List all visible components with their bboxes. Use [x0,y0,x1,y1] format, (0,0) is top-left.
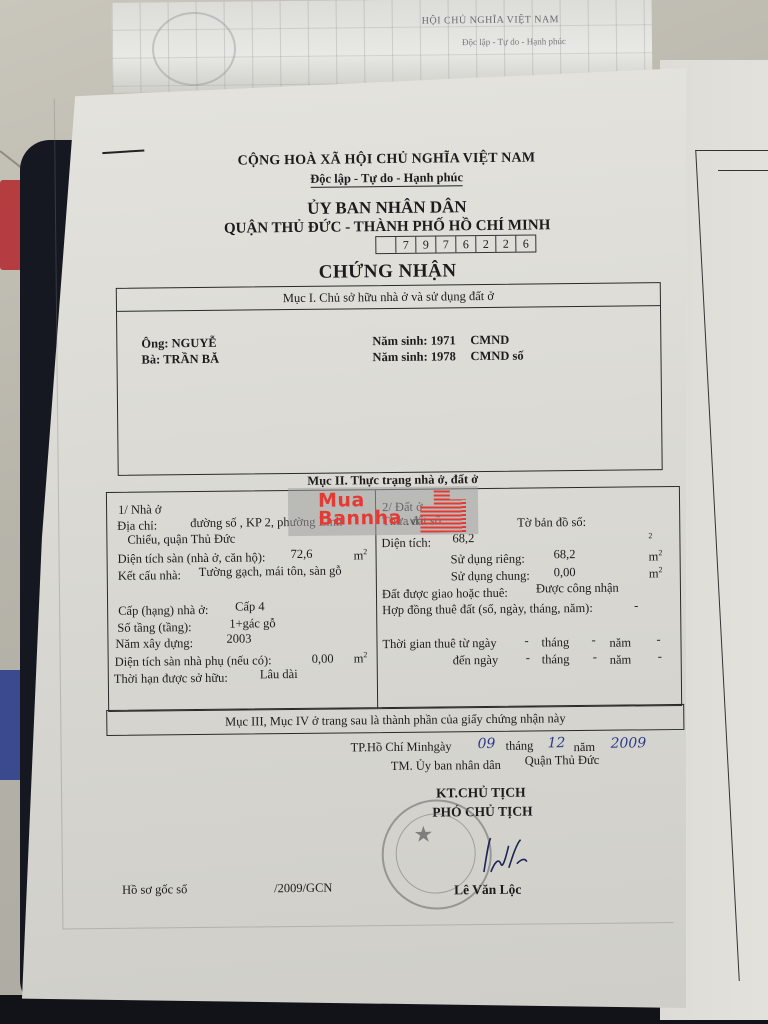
house-title: 1/ Nhà ở [118,502,162,517]
lease-from-month-label: tháng [541,635,569,650]
shared-use-value: 0,00 [554,565,576,580]
for-chairman: KT.CHỦ TỊCH [436,785,526,802]
unit-m: m [354,651,364,665]
floors-value: 1+gác gỗ [229,616,275,631]
serial-digit: 6 [455,236,475,252]
serial-digit: 7 [435,236,455,252]
shared-use-label: Sử dụng chung: [451,569,530,585]
serial-digit [376,237,395,253]
lease-from-day: - [524,634,528,649]
file-number-label: Hồ sơ gốc số [122,882,187,898]
sign-year: 2009 [610,735,646,751]
grade-value: Cấp 4 [235,599,265,614]
place-date-prefix: TP.Hồ Chí Minhgày [351,739,452,755]
buildings-logo-icon [420,488,466,532]
lease-to-month-label: tháng [542,652,570,667]
year-built-label: Năm xây dựng: [115,636,193,652]
shared-use-unit: m2 [649,565,663,581]
land-area-label: Diện tích: [381,536,431,552]
private-use-value: 68,2 [554,547,576,562]
section-owners-heading: Mục I. Chủ sở hữu nhà ở và sử dụng đất ở [117,283,660,312]
lease-to-year-label: năm [610,652,632,667]
year-built-value: 2003 [226,631,251,646]
structure-label: Kết cấu nhà: [118,568,181,584]
lease-to-month: - [593,650,597,665]
private-use-label: Sử dụng riêng: [451,552,525,568]
owner-2-name: Bà: TRẦN BĂ [141,352,219,368]
serial-digit: 2 [495,236,515,252]
certificate-title: CHỨNG NHẬN [198,259,578,285]
serial-digit: 2 [475,236,495,252]
sign-day: 09 [477,736,495,752]
section-owners: Mục I. Chủ sở hữu nhà ở và sử dụng đất ở [116,282,663,476]
map-sheet-label: Tờ bản đồ số: [517,515,586,531]
owner-1-id: CMND [470,333,509,348]
owner-1-name: Ông: NGUYỄ [141,336,217,352]
owner-2-birth-year: Năm sinh: 1978 [372,349,455,365]
owner-2-id: CMND số [470,349,523,365]
lease-from-year-label: năm [609,635,631,650]
serial-number: 7 9 7 6 2 2 6 [375,234,536,254]
sign-month-label: tháng [506,739,534,754]
ownership-term-value: Lâu dài [260,667,298,682]
allocation-value: Được công nhận [536,581,619,597]
owner-1-birth-year: Năm sinh: 1971 [372,333,455,349]
unit-m: m [354,548,364,562]
serial-digit: 6 [515,235,535,251]
lease-from-label: Thời gian thuê từ ngày [382,636,496,652]
signing-district: Quận Thủ Đức [525,753,600,769]
signer-name: Lê Văn Lộc [454,882,521,899]
land-area-unit: 2 [648,531,652,547]
private-use-unit: m2 [649,548,663,564]
unit-exponent: 2 [648,531,652,540]
floor-area-unit: m2 [353,547,367,563]
aux-area-value: 0,00 [312,652,334,667]
floor-area-value: 72,6 [290,547,312,562]
aux-area-label: Diện tích sàn nhà phụ (nếu có): [115,653,272,670]
unit-m: m [649,549,659,563]
structure-value: Tường gạch, mái tôn, sàn gỗ [199,564,342,580]
unit-exponent: 2 [658,565,662,574]
lease-to-year: - [658,649,662,664]
ownership-term-label: Thời hạn được sở hữu: [114,671,228,687]
lease-from-month: - [591,633,595,648]
watermark-text: Mua Bannha [318,491,402,528]
issuing-authority: ỦY BAN NHÂN DÂN [197,196,577,220]
aux-area-unit: m2 [354,650,368,666]
lease-contract-label: Hợp đồng thuê đất (số, ngày, tháng, năm)… [382,601,593,618]
file-number-suffix: /2009/GCN [274,881,332,897]
on-behalf-label: TM. Ủy ban nhân dân [391,758,501,774]
sign-month: 12 [547,735,565,751]
serial-digit: 9 [415,237,435,253]
motto-text: Độc lập - Tự do - Hạnh phúc [310,170,463,188]
certificate-content: CỘNG HOÀ XÃ HỘI CHỦ NGHĨA VIỆT NAM Độc l… [0,0,768,1024]
lease-from-year: - [656,632,660,647]
lease-contract-value: - [634,598,638,613]
unit-exponent: 2 [658,548,662,557]
star-emblem-icon: ★ [413,822,433,848]
lease-to-day: - [526,651,530,666]
unit-exponent: 2 [363,547,367,556]
signature [479,834,529,877]
floors-label: Số tầng (tầng): [117,620,191,636]
address-line2: Chiểu, quận Thủ Đức [127,532,235,548]
allocation-label: Đất được giao hoặc thuê: [382,586,508,602]
watermark-line2: Bannha [318,509,402,528]
lease-to-label: đến ngày [453,653,499,668]
serial-digit: 7 [395,237,415,253]
watermark: Mua Bannha .vn [288,486,478,536]
unit-exponent: 2 [363,650,367,659]
grade-label: Cấp (hạng) nhà ở: [118,603,208,619]
unit-m: m [649,566,659,580]
